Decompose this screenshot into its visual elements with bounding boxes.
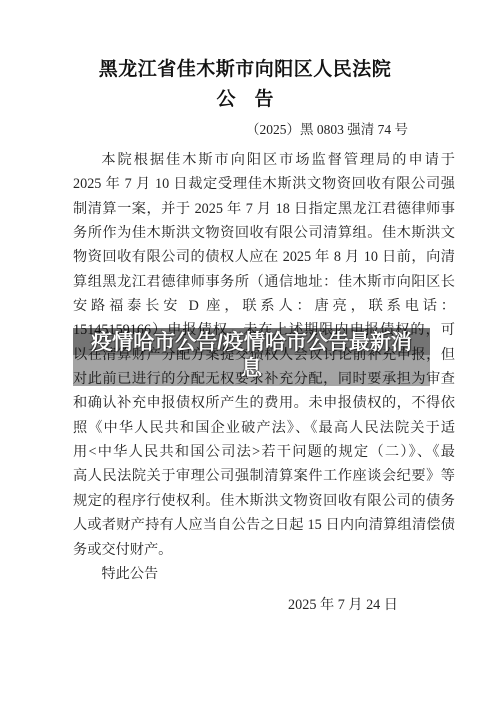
body-line: 算组黑龙江君德律师事务所（通信地址：佳木斯市向阳区长 (73, 270, 455, 294)
body-line: 人或者财产持有人应当自公告之日起 15 日内向清算组清偿债 (73, 513, 455, 537)
announcement-title: 公 告 (0, 84, 490, 111)
body-line: 本院根据佳木斯市向阳区市场监督管理局的申请于 (73, 148, 455, 172)
case-number: （2025）黑 0803 强清 74 号 (246, 118, 408, 138)
body-line: 用<中华人民共和国公司法>若干问题的规定（二）》、《最 (73, 440, 455, 464)
body-line: 务所作为佳木斯洪文物资回收有限公司清算组。佳木斯洪文 (73, 221, 455, 245)
body-line: 务或交付财产。 (73, 538, 455, 562)
watermark-banner: 疫情哈市公告/疫情哈市公告最新消 息 (73, 328, 430, 386)
court-title: 黑龙江省佳木斯市向阳区人民法院 (0, 54, 490, 81)
body-line: 和确认补充申报债权所产生的费用。未申报债权的，不得依 (73, 391, 455, 415)
body-line: 照《中华人民共和国企业破产法》、《最高人民法院关于适 (73, 416, 455, 440)
body-line: 2025 年 7 月 10 日裁定受理佳木斯洪文物资回收有限公司强 (73, 172, 455, 196)
court-announcement-page: 黑龙江省佳木斯市向阳区人民法院 公 告 （2025）黑 0803 强清 74 号… (0, 0, 500, 706)
body-line: 高人民法院关于审理公司强制清算案件工作座谈会纪要》等 (73, 464, 455, 488)
body-line: 制清算一案，并于 2025 年 7 月 18 日指定黑龙江君德律师事 (73, 197, 455, 221)
watermark-banner-line1: 疫情哈市公告/疫情哈市公告最新消 (73, 328, 430, 355)
watermark-banner-line2: 息 (73, 355, 430, 386)
closing-line: 特此公告 (73, 562, 455, 586)
body-line: 规定的程序行使权利。佳木斯洪文物资回收有限公司的债务 (73, 489, 455, 513)
date-line: 2025 年 7 月 24 日 (73, 593, 455, 617)
body-line: 物资回收有限公司的债权人应在 2025 年 8 月 10 日前，向清 (73, 245, 455, 269)
body-line: 安路福泰长安 D 座，联系人：唐亮，联系电话： (73, 294, 455, 318)
